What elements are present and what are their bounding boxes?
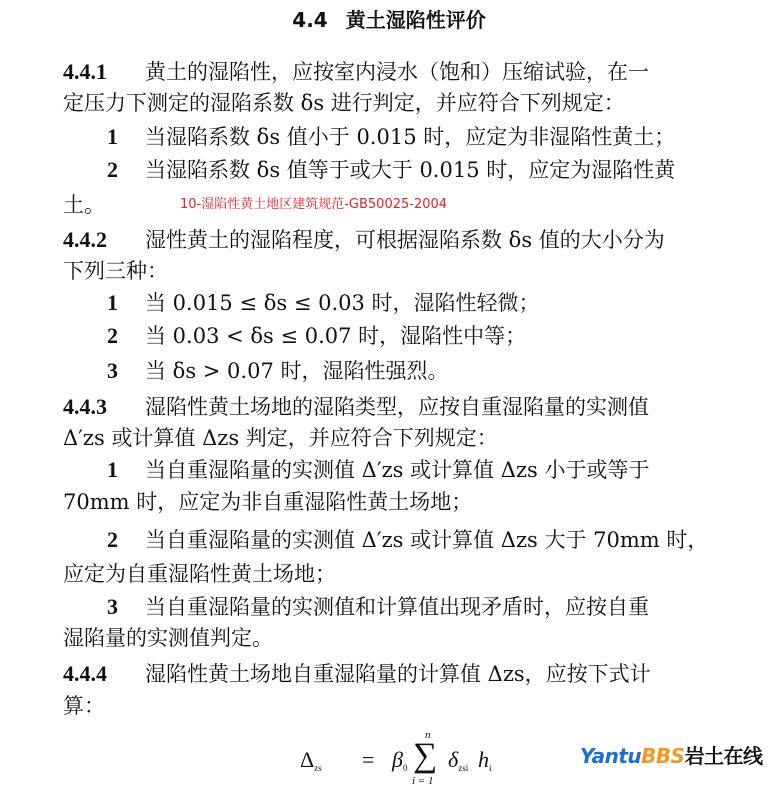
clause-4-4-1-item-2-cont: 土。 — [63, 190, 105, 220]
item-number: 3 — [107, 592, 145, 622]
item-number: 1 — [107, 122, 145, 152]
clause-text: 湿性黄土的湿陷程度，可根据湿陷系数 δs 值的大小分为 — [145, 228, 665, 252]
formula-equals: = — [362, 747, 374, 773]
item-text: 当 0.03 < δs ≤ 0.07 时，湿陷性中等； — [145, 324, 526, 348]
section-title-text: 黄土湿陷性评价 — [346, 8, 486, 32]
yantubbs-logo: YantuBBS岩土在线 — [580, 740, 763, 769]
clause-4-4-3-item-1: 1当自重湿陷量的实测值 Δ′zs 或计算值 Δzs 小于或等于 — [107, 455, 649, 485]
item-text: 当 δs > 0.07 时，湿陷性强烈。 — [145, 359, 448, 383]
formula-term: δzsi — [448, 747, 468, 773]
clause-number: 4.4.4 — [63, 659, 145, 689]
clause-4-4-1-item-1: 1当湿陷系数 δs 值小于 0.015 时，应定为非湿陷性黄土； — [107, 122, 675, 152]
clause-number: 4.4.3 — [63, 392, 145, 422]
clause-4-4-1-line-2: 定压力下测定的湿陷系数 δs 进行判定，并应符合下列规定： — [63, 88, 625, 118]
clause-4-4-3-item-1-cont: 70mm 时，应定为非自重湿陷性黄土场地； — [63, 487, 472, 517]
clause-number: 4.4.2 — [63, 225, 145, 255]
item-number: 2 — [107, 321, 145, 351]
clause-4-4-2-line-2: 下列三种： — [63, 256, 168, 286]
item-number: 1 — [107, 288, 145, 318]
item-number: 1 — [107, 455, 145, 485]
item-text: 当湿陷系数 δs 值等于或大于 0.015 时，应定为湿陷性黄 — [145, 158, 675, 182]
formula-factor: hi — [478, 747, 492, 773]
clause-4-4-2-item-3: 3当 δs > 0.07 时，湿陷性强烈。 — [107, 356, 448, 386]
clause-4-4-1-item-2: 2当湿陷系数 δs 值等于或大于 0.015 时，应定为湿陷性黄 — [107, 155, 675, 185]
formula-lhs: Δzs — [300, 747, 322, 773]
clause-4-4-3-item-3-cont: 湿陷量的实测值判定。 — [63, 623, 273, 653]
clause-number: 4.4.1 — [63, 57, 145, 87]
clause-4-4-3-line-1: 4.4.3湿陷性黄土场地的湿陷类型，应按自重湿陷量的实测值 — [63, 392, 649, 422]
item-number: 3 — [107, 356, 145, 386]
clause-4-4-4-line-1: 4.4.4湿陷性黄土场地自重湿陷量的计算值 Δzs，应按下式计 — [63, 659, 651, 689]
item-number: 2 — [107, 155, 145, 185]
document-title-note: 10-湿陷性黄土地区建筑规范-GB50025-2004 — [180, 193, 447, 212]
item-text: 当自重湿陷量的实测值 Δ′zs 或计算值 Δzs 小于或等于 — [145, 458, 649, 482]
clause-text: 湿陷性黄土场地的湿陷类型，应按自重湿陷量的实测值 — [145, 395, 649, 419]
clause-4-4-2-item-2: 2当 0.03 < δs ≤ 0.07 时，湿陷性中等； — [107, 321, 526, 351]
item-text: 当 0.015 ≤ δs ≤ 0.03 时，湿陷性轻微； — [145, 291, 540, 315]
clause-4-4-3-item-2: 2当自重湿陷量的实测值 Δ′zs 或计算值 Δzs 大于 70mm 时， — [107, 525, 708, 555]
clause-4-4-3-item-3: 3当自重湿陷量的实测值和计算值出现矛盾时，应按自重 — [107, 592, 649, 622]
formula-coefficient: β0 — [392, 747, 407, 773]
clause-text: 黄土的湿陷性，应按室内浸水（饱和）压缩试验，在一 — [145, 60, 649, 84]
clause-4-4-3-line-2: Δ′zs 或计算值 Δzs 判定，并应符合下列规定： — [63, 423, 498, 453]
clause-text: 湿陷性黄土场地自重湿陷量的计算值 Δzs，应按下式计 — [145, 662, 651, 686]
clause-4-4-1-line-1: 4.4.1黄土的湿陷性，应按室内浸水（饱和）压缩试验，在一 — [63, 57, 649, 87]
clause-4-4-2-line-1: 4.4.2湿性黄土的湿陷程度，可根据湿陷系数 δs 值的大小分为 — [63, 225, 665, 255]
item-number: 2 — [107, 525, 145, 555]
clause-4-4-4-line-2: 算： — [63, 691, 105, 721]
item-text: 当湿陷系数 δs 值小于 0.015 时，应定为非湿陷性黄土； — [145, 125, 675, 149]
item-text: 当自重湿陷量的实测值 Δ′zs 或计算值 Δzs 大于 70mm 时， — [145, 528, 708, 552]
section-title: 4.4黄土湿陷性评价 — [0, 5, 778, 35]
clause-4-4-3-item-2-cont: 应定为自重湿陷性黄土场地； — [63, 559, 336, 589]
clause-4-4-2-item-1: 1当 0.015 ≤ δs ≤ 0.03 时，湿陷性轻微； — [107, 288, 540, 318]
section-number: 4.4 — [292, 8, 327, 32]
sum-icon: ∑ — [413, 737, 437, 775]
formula-sum-lower: i = 1 — [412, 775, 433, 787]
item-text: 当自重湿陷量的实测值和计算值出现矛盾时，应按自重 — [145, 595, 649, 619]
